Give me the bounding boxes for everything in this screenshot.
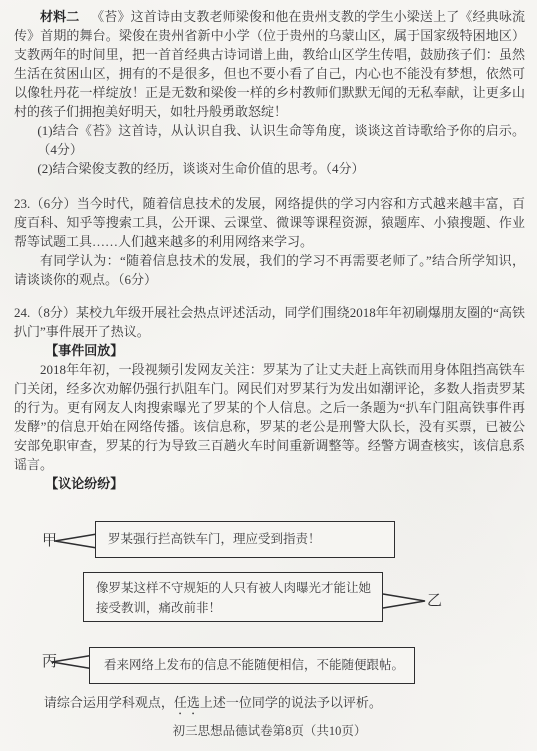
material2-body: 《苔》这首诗由支教老师梁俊和他在贵州支教的学生小梁送上了《经典咏流传》首期的舞台… [14, 9, 525, 119]
speech-bubble-bing: 看来网络上发布的信息不能随便相信，不能随便跟帖。 [89, 647, 415, 684]
material2-paragraph: 材料二《苔》这首诗由支教老师梁俊和他在贵州支教的学生小梁送上了《经典咏流传》首期… [14, 7, 525, 121]
closing-emphasized: 任选 [174, 695, 200, 710]
closing-post: 上述一位同学的说法予以评析。 [200, 695, 382, 710]
event-replay-body: 2018年年初，一段视频引发网友关注：罗某为了让丈夫赶上高铁而用身体阻挡高铁车门… [14, 360, 525, 474]
speech-bubble-jia-text: 罗某强行拦高铁车门，理应受到指责！ [108, 530, 321, 549]
material2-label: 材料二 [40, 9, 79, 24]
speech-tail-right-icon [381, 591, 429, 611]
speaker-yi-label: 乙 [427, 592, 442, 610]
question23-stem: 23.（6分）当今时代，随着信息技术的发展，网络提供的学习内容和方式越来越丰富，… [14, 194, 525, 251]
material2-question1: (1)结合《苔》这首诗，从认识自我、认识生命等角度，谈谈这首诗歌给予你的启示。（… [37, 121, 525, 159]
question24-closing: 请综合运用学科观点，任选上述一位同学的说法予以评析。 [44, 693, 525, 718]
closing-pre: 请综合运用学科观点， [44, 695, 174, 710]
discussion-bubbles-area: 甲 罗某强行拦高铁车门，理应受到指责！ 像罗某这样不守规矩的人只有被人肉曝光才能… [14, 495, 525, 687]
speech-bubble-bing-text: 看来网络上发布的信息不能随便相信，不能随便跟帖。 [104, 656, 404, 675]
material2-question2: (2)结合梁俊支教的经历，谈谈对生命价值的思考。（4分） [37, 159, 525, 178]
speech-bubble-yi: 像罗某这样不守规矩的人只有被人肉曝光才能让她接受教训，痛改前非！ [83, 572, 383, 622]
question24-stem: 24.（8分）某校九年级开展社会热点评述活动，同学们围绕2018年年初刷爆朋友圈… [14, 303, 525, 341]
question23-opinion: 有同学认为：“随着信息技术的发展，我们的学习不再需要老师了。”结合所学知识，请谈… [14, 251, 525, 289]
speech-bubble-jia: 罗某强行拦高铁车门，理应受到指责！ [95, 521, 395, 558]
page-footer: 初三思想品德试卷第8页（共10页） [14, 722, 525, 741]
speech-tail-left-icon [51, 531, 99, 551]
speech-bubble-yi-text: 像罗某这样不守规矩的人只有被人肉曝光才能让她接受教训，痛改前非！ [96, 581, 371, 615]
exam-paper-page: 材料二《苔》这首诗由支教老师梁俊和他在贵州支教的学生小梁送上了《经典咏流传》首期… [0, 0, 537, 751]
discussion-header: 【议论纷纷】 [45, 474, 525, 493]
event-replay-header: 【事件回放】 [45, 341, 525, 360]
